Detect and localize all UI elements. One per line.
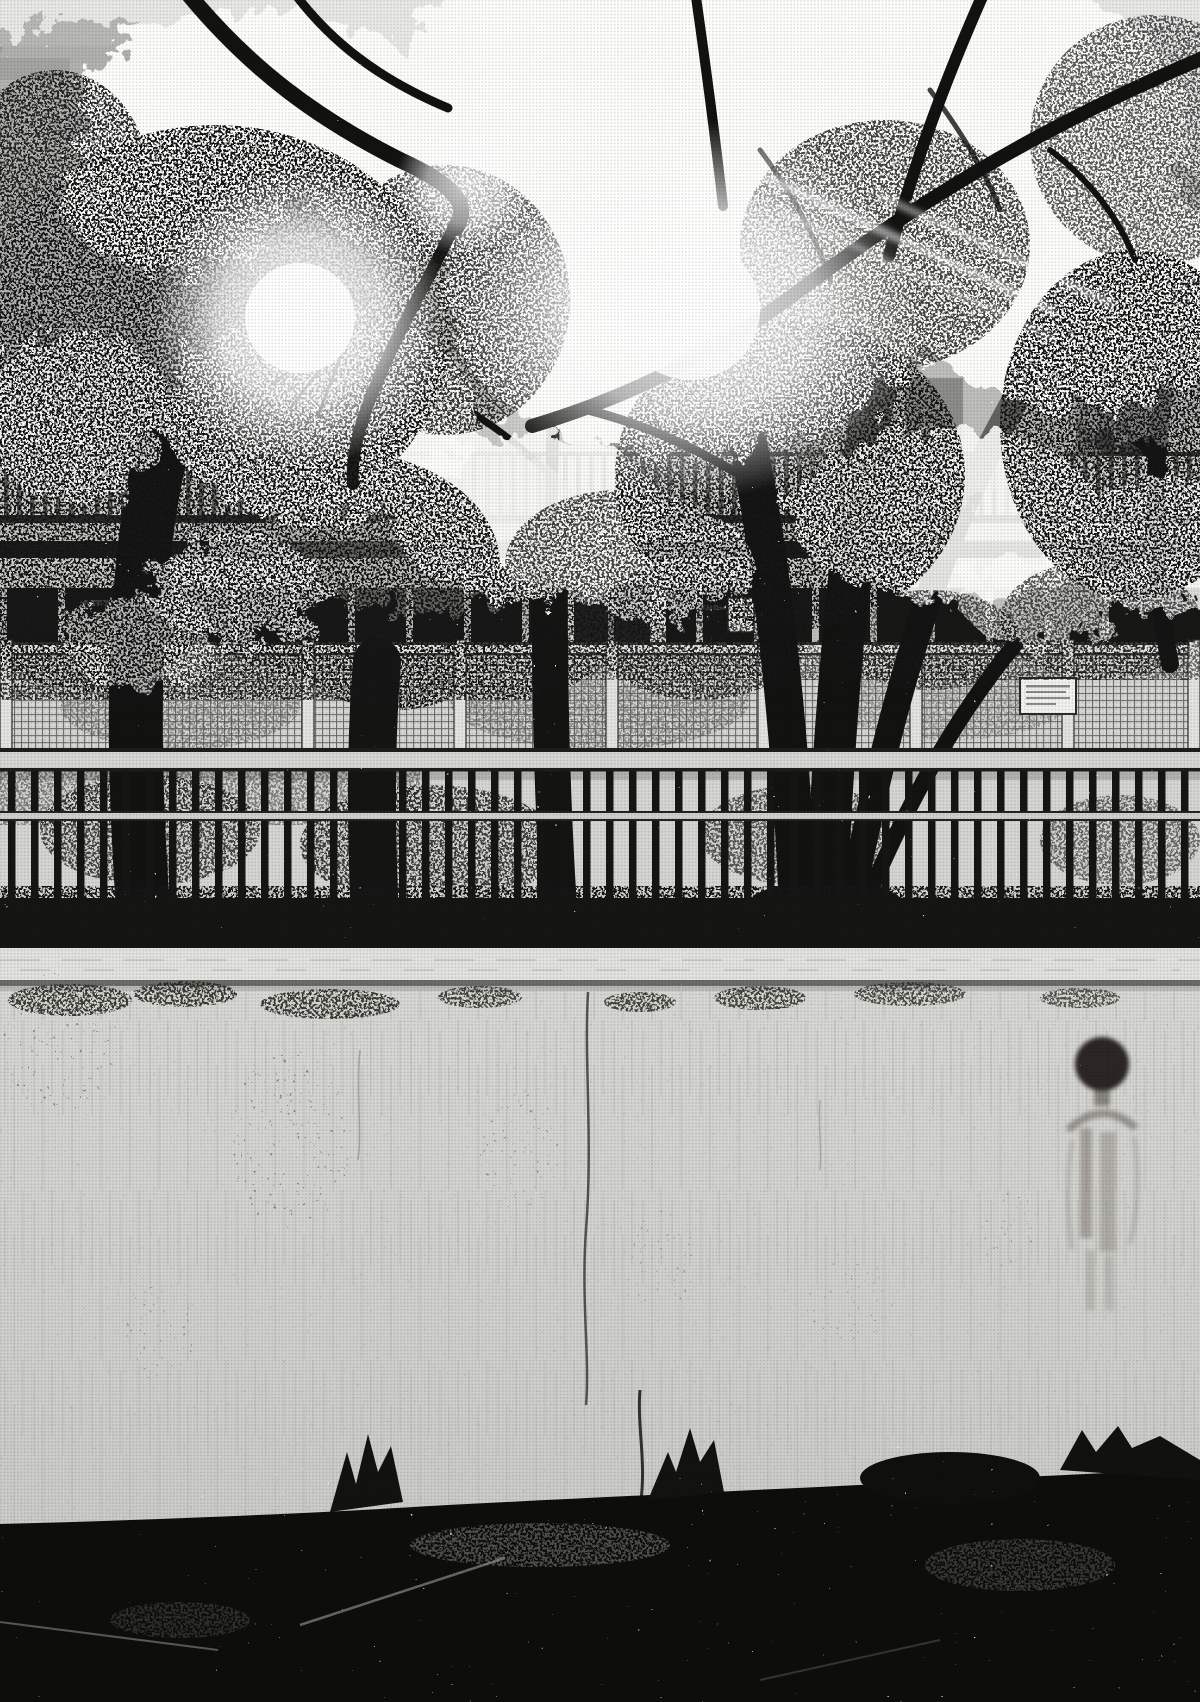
dark-ground <box>0 1426 1200 1702</box>
ground-petals-dense <box>650 1480 1200 1702</box>
falling-petals <box>0 40 1200 1440</box>
manga-scene <box>0 0 1200 1702</box>
scene-canvas <box>0 0 1200 1702</box>
petal-layer <box>0 700 1200 1000</box>
petal-layer-sparse <box>0 960 1200 1440</box>
